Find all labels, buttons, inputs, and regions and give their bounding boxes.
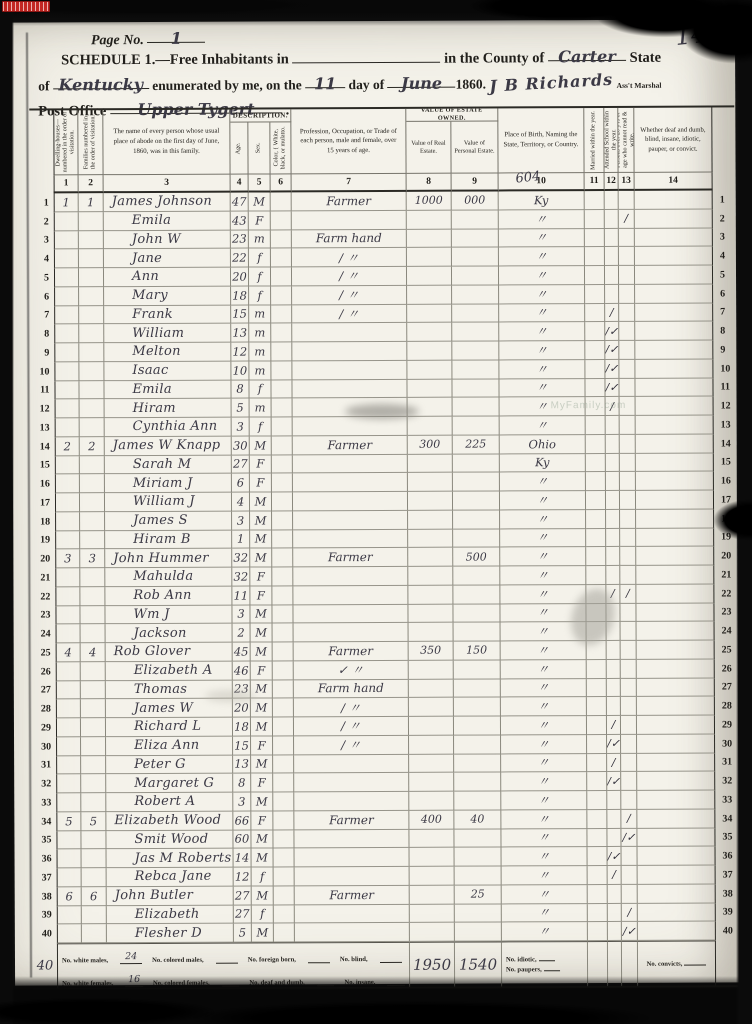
birthplace-cell: 〃 [500,547,586,566]
married-mark-cell [586,585,606,604]
occupation-cell [294,792,409,811]
occupation-cell [293,398,408,417]
idiotic-label: No. idiotic, [506,956,537,963]
personal-estate-cell [453,510,500,529]
col11-header: Married within the year. [584,108,604,173]
family-number-cell [79,287,104,306]
col5-number: 5 [249,174,271,192]
occupation-cell [295,848,410,867]
married-mark-cell [587,716,607,735]
name-cell: James S [105,511,232,530]
state-word: State [630,50,661,66]
infirmity-cell [637,659,715,678]
infirmity-cell [637,809,715,828]
school-mark-cell: /✓ [608,847,622,866]
row-number-right: 9 [713,340,735,359]
infirmity-cell [636,397,714,416]
sex-cell: M [251,642,273,661]
col6-number: 6 [271,174,292,192]
real-estate-cell [408,604,453,623]
row-number-left: 33 [32,793,56,812]
col5-header: Sex. [248,122,270,174]
row-number-right: 40 [716,922,738,941]
dwelling-number-cell [57,906,82,925]
real-estate-cell: 1000 [407,192,452,211]
married-mark-cell [585,303,605,322]
sex-cell: F [250,567,272,586]
row-number-right: 17 [714,490,736,509]
name-cell: Rob Glover [106,643,233,662]
personal-estate-cell [454,679,501,698]
name-cell: Miriam J [105,474,232,493]
birthplace-cell: 〃 [502,866,588,885]
cannot-read-mark-cell [620,491,636,510]
color-cell [273,699,294,718]
family-number-cell [81,681,106,700]
row-number-left: 13 [31,418,55,437]
col14-header: Whether deaf and dumb, blind, insane, id… [634,108,712,173]
family-number-cell [79,268,104,287]
personal-estate-cell [455,923,502,942]
cannot-read-mark-cell [621,791,637,810]
row-number-right: 11 [713,378,735,397]
footer-empty-11 [588,941,608,986]
real-estate-cell [408,492,453,511]
cannot-read-mark-cell: / [620,585,636,604]
family-number-cell [81,699,106,718]
enumerated-text: enumerated by me, on the [152,77,302,93]
occupation-cell [293,511,408,530]
real-estate-cell [409,698,454,717]
birthplace-cell: 〃 [501,679,587,698]
cannot-read-mark-cell [620,453,636,472]
personal-estate-cell [454,623,501,642]
birthplace-cell: 〃 [501,754,587,773]
cannot-read-mark-cell [619,228,635,247]
school-mark-cell: /✓ [605,322,619,341]
cannot-read-mark-cell [621,772,637,791]
row-number-left: 3 [30,231,54,250]
personal-estate-cell [454,791,501,810]
family-number-cell [79,212,104,231]
dwelling-number-cell [55,400,80,419]
married-mark-cell [585,360,605,379]
family-number-cell: 4 [81,643,106,662]
of-word: of [38,78,49,93]
occupation-cell: Farmer [292,192,407,211]
birthplace-cell: 〃 [500,529,586,548]
color-cell [272,417,293,436]
married-mark-cell [586,453,606,472]
occupation-cell [293,529,408,548]
occupation-cell: Farmer [293,436,408,455]
infirmity-cell [637,828,715,847]
row-number-left: 29 [32,718,56,737]
row-number-right: 29 [715,715,737,734]
row-number-right: 38 [716,884,738,903]
family-number-cell [79,362,104,381]
family-number-cell [82,924,107,943]
cannot-read-mark-cell [619,191,635,210]
row-number-right: 28 [715,697,737,716]
occupation-cell [294,829,409,848]
infirmity-cell [635,266,713,285]
age-cell: 27 [234,905,252,924]
cannot-read-mark-cell [620,566,636,585]
color-cell [273,774,294,793]
name-cell: Elizabeth Wood [106,811,233,830]
occupation-cell: / 〃 [294,717,409,736]
row-number-left: 22 [31,587,55,606]
infirmity-cell [638,903,716,922]
family-number-cell [80,418,105,437]
occupation-cell [293,417,408,436]
cannot-read-mark-cell [622,885,638,904]
married-mark-cell [586,472,606,491]
col12-number: 12 [605,173,619,191]
row-number-left: 25 [32,643,56,662]
col1-number: 1 [54,175,79,193]
footer-convicts: No. convicts, [638,941,716,986]
birthplace-cell: 〃 [500,510,586,529]
cannot-read-mark-cell [621,641,637,660]
footer-idiotic-paupers: No. idiotic, No. paupers, [502,941,588,986]
infirmity-cell [635,303,713,322]
row-number-right: 19 [714,528,736,547]
age-cell: 14 [234,849,252,868]
marshal-title: Ass't Marshal [617,81,662,90]
cannot-read-mark-cell [620,510,636,529]
married-mark-cell [586,547,606,566]
stat-label: No. white females, [62,980,113,987]
age-cell: 2 [233,624,251,643]
age-cell: 30 [232,436,250,455]
age-cell: 15 [233,736,251,755]
family-number-cell [80,568,105,587]
col3-number: 3 [104,175,231,194]
row-number-right: 39 [716,903,738,922]
real-estate-cell: 300 [408,435,453,454]
footer-empty-13 [622,941,638,986]
row-number-left: 11 [30,381,54,400]
name-cell: Isaac [104,361,231,380]
real-estate-cell [407,379,452,398]
occupation-cell [292,342,407,361]
col14-number: 14 [635,173,713,191]
birthplace-cell: 〃 [499,229,585,248]
cannot-read-mark-cell [620,547,636,566]
page-no-line: Page No. 1 [91,29,205,49]
color-cell [272,474,293,493]
occupation-cell: ✓ 〃 [294,661,409,680]
col2-header: Families numbered in the order of visita… [78,110,103,175]
birthplace-cell: 〃 [500,585,586,604]
real-estate-cell [409,792,454,811]
dwelling-number-cell [55,587,80,606]
sex-cell: f [252,905,274,924]
family-number-cell [80,606,105,625]
dwelling-number-cell [56,681,81,700]
school-mark-cell [605,228,619,247]
row-number-left: 4 [30,250,54,269]
real-estate-cell: 350 [409,642,454,661]
infirmity-cell [635,191,713,210]
row-number-left: 9 [30,343,54,362]
sex-cell: M [251,717,273,736]
name-cell: Ann [104,268,231,287]
age-cell: 60 [233,830,251,849]
school-mark-cell [607,641,621,660]
name-cell: Flesher D [107,924,234,943]
occupation-cell [292,361,407,380]
dwelling-number-cell [55,606,80,625]
dwelling-number-cell [54,362,79,381]
color-cell [273,736,294,755]
personal-estate-cell [452,341,499,360]
color-cell [271,249,292,268]
row-number-right: 32 [715,772,737,791]
real-estate-cell [409,717,454,736]
school-mark-cell [606,510,620,529]
family-number-cell [80,456,105,475]
color-cell [273,661,294,680]
dwelling-number-cell [56,700,81,719]
real-estate-cell [408,417,453,436]
cannot-read-mark-cell [621,697,637,716]
sex-cell: m [249,342,271,361]
row-number-left: 39 [33,906,57,925]
birthplace-cell: 〃 [501,791,587,810]
married-mark-cell [588,866,608,885]
row-number-left: 10 [30,362,54,381]
personal-estate-cell [453,491,500,510]
school-mark-cell [605,191,619,210]
color-cell [273,792,294,811]
sex-cell: F [251,774,273,793]
occupation-cell [292,323,407,342]
color-cell [272,399,293,418]
row-number-right: 4 [713,247,735,266]
married-mark-cell [585,228,605,247]
color-cell [272,530,293,549]
name-cell: Emila [104,380,231,399]
color-cell [273,680,294,699]
infirmity-cell [636,434,714,453]
sex-cell: M [251,624,273,643]
occupation-cell: / 〃 [292,286,407,305]
birthplace-cell: 〃 [499,341,585,360]
infirmity-cell [636,491,714,510]
dwelling-number-cell: 3 [55,550,80,569]
age-cell: 3 [232,511,250,530]
left-gutter-header [29,110,53,193]
personal-estate-cell [453,529,500,548]
name-cell: Mary [104,286,231,305]
infirmity-cell [635,209,713,228]
sex-cell: m [250,399,272,418]
school-mark-cell [606,528,620,547]
name-cell: Frank [104,305,231,324]
sex-cell: m [249,305,271,324]
name-cell: Richard L [106,718,233,737]
color-cell [271,305,292,324]
real-estate-cell [407,360,452,379]
dwelling-number-cell [55,475,80,494]
col7-number: 7 [292,174,407,193]
married-mark-cell [587,641,607,660]
year-text: 1860. [456,77,486,92]
col4-header: Age. [230,123,248,175]
dwelling-number-cell [56,737,81,756]
family-number-cell [81,624,106,643]
birthplace-cell: 〃 [499,247,585,266]
occupation-cell: / 〃 [292,267,407,286]
cannot-read-mark-cell [621,678,637,697]
school-mark-cell [605,266,619,285]
school-mark-cell: /✓ [605,360,619,379]
family-number-cell [81,793,106,812]
dwelling-number-cell: 4 [56,643,81,662]
married-mark-cell [585,191,605,210]
age-cell: 15 [231,305,249,324]
census-table: Dwelling-houses— numbered in the order o… [29,105,738,990]
personal-estate-cell [455,848,502,867]
personal-estate-cell: 000 [452,191,499,210]
sex-cell: f [250,417,272,436]
occupation-cell: Farmer [294,811,409,830]
cannot-read-mark-cell [619,285,635,304]
school-mark-cell [606,435,620,454]
infirmity-cell [635,341,713,360]
name-cell: Hiram B [105,530,232,549]
col8-header: Value of Real Estate. [406,122,451,174]
occupation-cell [293,604,408,623]
age-cell: 5 [234,924,252,943]
infirmity-cell [636,584,714,603]
name-cell: Peter G [106,755,233,774]
birthplace-cell: Ky [499,191,585,210]
cannot-read-mark-cell [621,753,637,772]
dwelling-number-cell [54,268,79,287]
infirmity-cell [637,716,715,735]
age-cell: 32 [232,549,250,568]
occupation-cell: / 〃 [292,304,407,323]
stat-label: No. insane, [344,979,375,986]
infirmity-cell [636,453,714,472]
color-cell [274,849,295,868]
color-cell [274,905,295,924]
sex-cell: M [250,605,272,624]
infirmity-cell [637,641,715,660]
personal-estate-cell [454,754,501,773]
personal-estate-cell: 40 [454,810,501,829]
cannot-read-mark-cell [621,660,637,679]
real-estate-cell: 400 [409,810,454,829]
infirmity-cell [635,247,713,266]
dwelling-number-cell [56,831,81,850]
school-mark-cell [608,903,622,922]
real-estate-cell [407,267,452,286]
infirmity-cell [637,753,715,772]
age-cell: 66 [233,811,251,830]
row-number-left: 5 [30,268,54,287]
row-number-right: 35 [715,828,737,847]
age-cell: 46 [233,661,251,680]
footer-stats: No. white males,24 No. colored males, No… [57,942,410,989]
birthplace-cell: 〃 [499,360,585,379]
birthplace-cell: 〃 [500,416,586,435]
color-cell [272,549,293,568]
birthplace-cell: 〃 [500,491,586,510]
family-number-cell [82,906,107,925]
infirmity-cell [636,472,714,491]
school-mark-cell [608,922,622,941]
birthplace-cell: 〃 [501,772,587,791]
school-mark-cell [606,472,620,491]
infirmity-cell [638,884,716,903]
family-number-cell [81,662,106,681]
personal-estate-cell [452,266,499,285]
real-estate-cell [408,398,453,417]
month-value: June [401,74,442,93]
family-number-cell [79,249,104,268]
school-mark-cell [605,285,619,304]
married-mark-cell [586,510,606,529]
age-cell: 11 [232,586,250,605]
occupation-cell: Farmer [293,548,408,567]
sex-cell: f [249,249,271,268]
name-cell: James Johnson [104,193,231,212]
sex-cell: m [249,230,271,249]
cannot-read-mark-cell [621,622,637,641]
sex-cell: F [250,586,272,605]
row-number-left: 31 [32,756,56,775]
family-number-cell [80,493,105,512]
color-cell [271,361,292,380]
family-number-cell [79,381,104,400]
row-number-right: 22 [714,584,736,603]
age-cell: 3 [233,793,251,812]
infirmity-cell [635,359,713,378]
school-mark-cell [606,603,620,622]
sex-cell: f [249,380,271,399]
real-estate-cell [410,867,455,886]
row-number-left: 27 [32,681,56,700]
row-number-right: 34 [715,809,737,828]
cannot-read-mark-cell [619,303,635,322]
sex-cell: F [251,661,273,680]
occupation-cell: Farm hand [294,679,409,698]
occupation-cell [292,379,407,398]
personal-estate-cell [454,773,501,792]
birthplace-cell: 〃 [501,641,587,660]
row-number-right: 8 [713,322,735,341]
family-number-cell [81,774,106,793]
real-estate-cell [408,454,453,473]
census-page: 145 Page No. 1 SCHEDULE 1.—Free Inhabita… [11,19,739,985]
family-number-cell [81,756,106,775]
sex-cell: m [249,361,271,380]
personal-estate-cell [453,585,500,604]
stat-label: No. white males, [62,957,108,964]
name-cell: Sarah M [105,455,232,474]
occupation-cell [295,867,410,886]
row-number-left: 36 [33,850,57,869]
cannot-read-mark-cell [619,341,635,360]
family-number-cell [80,474,105,493]
occupation-cell: / 〃 [294,736,409,755]
name-cell: Jackson [106,624,233,643]
